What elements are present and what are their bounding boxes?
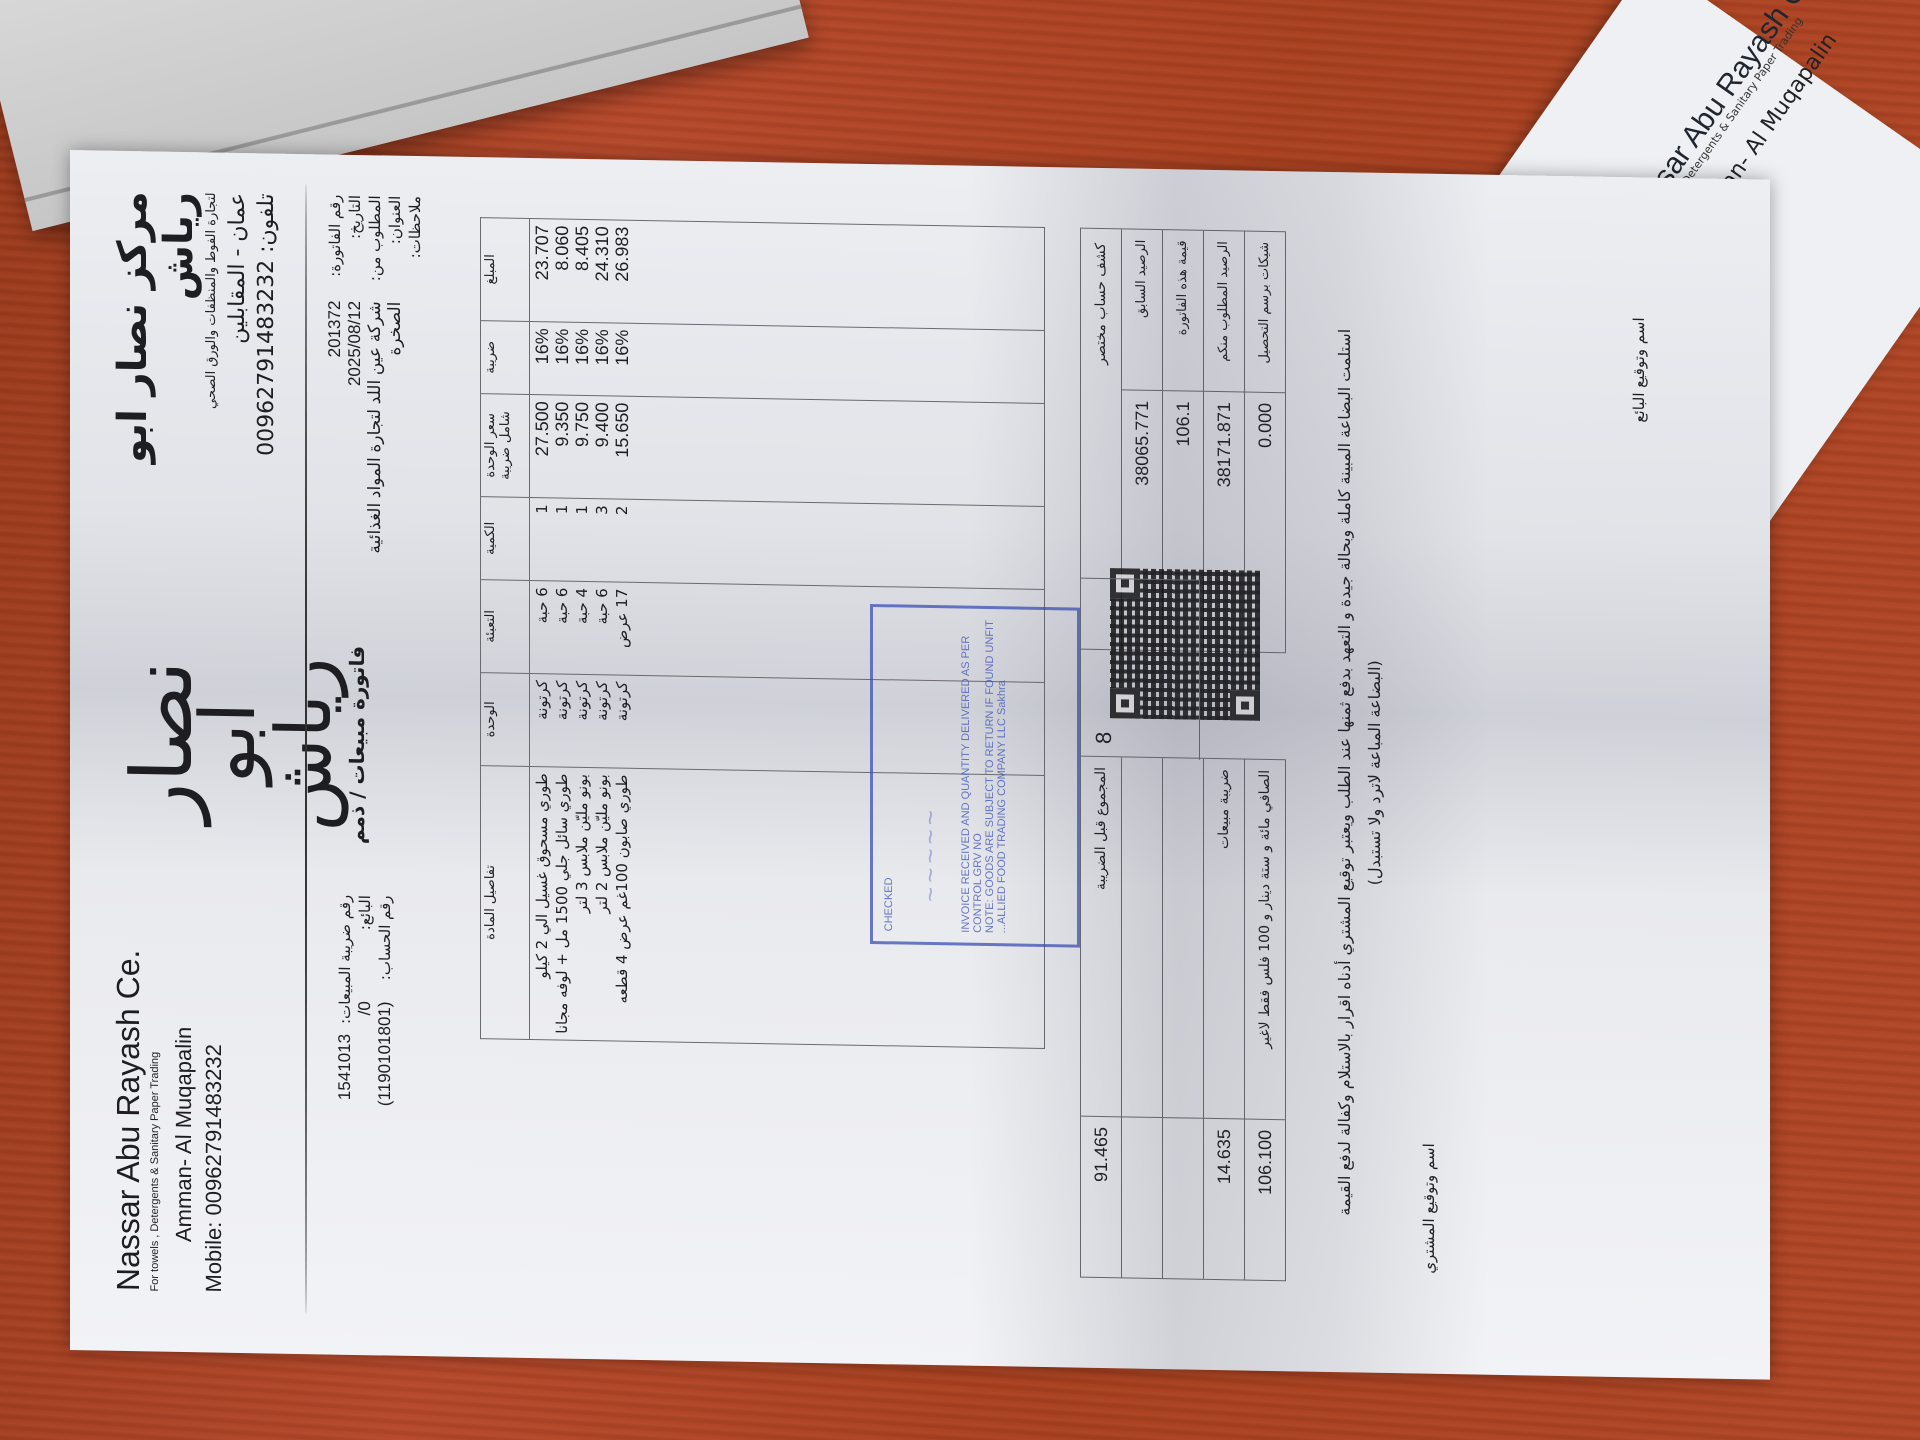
- tax-cells: 16%16%16%16%16%: [530, 322, 1045, 404]
- item-unit_price: 15.650: [612, 402, 632, 492]
- field-label: رقم ضريبة المبيعات:: [335, 895, 355, 1024]
- blank-row: [1163, 758, 1204, 1279]
- item-qty: 2: [612, 505, 632, 575]
- mobile-number: 00962791483232: [201, 1044, 226, 1216]
- amount-in-words: مائة و ستة دينار و 100 فلس فقط لاغير: [1257, 817, 1273, 1049]
- stamp-line-3: NOTE: GOODS ARE SUBJECT TO RETURN IF FOU…: [984, 619, 996, 933]
- item-details: طوري صابون 100غم عرض 4 قطعه: [612, 774, 632, 1035]
- phone-label: تلفون:: [254, 193, 279, 253]
- item-unit_price: 9.750: [572, 402, 592, 492]
- company-logo-calligraphy: نصار ابو رياش: [120, 611, 270, 874]
- seller-signature-label: اسم وتوقيع البائع: [1630, 317, 1648, 422]
- company-name-ar: مركز نصار ابو رياش: [110, 191, 202, 573]
- invoice-field: ملاحظات:: [405, 196, 425, 656]
- company-city-ar: عمان - المقابلين: [225, 193, 250, 573]
- stamp-line-4: ...ALLIED FOOD TRADING COMPANY LLC Sakhr…: [996, 619, 1008, 933]
- item-unit: كرتونة: [592, 681, 612, 761]
- sales-tax-value: 14.635: [1204, 1119, 1244, 1280]
- field-label: رقم الحساب:: [375, 895, 395, 991]
- stamp-signature: ~~~~~: [915, 618, 946, 903]
- field-label: المطلوب من:: [365, 195, 385, 291]
- item-amount: 23.707: [532, 225, 552, 315]
- item-unit: كرتونة: [532, 680, 552, 760]
- invoice-sheet: مركز نصار ابو رياش لتجارة الفوط والمنظفا…: [70, 150, 1770, 1380]
- field-value: 0/: [355, 1001, 375, 1016]
- logo-line-2: ابو رياش: [190, 612, 342, 875]
- phone-number: 00962791483232: [254, 260, 279, 456]
- field-value: (1190101801): [375, 1001, 395, 1106]
- field-value: 1541013: [335, 1034, 355, 1101]
- item-tax: 16%: [552, 328, 572, 388]
- company-mobile-en: Mobile: 00962791483232: [201, 872, 227, 1292]
- item-details: طوري سائل جلي 1500 مل + لوفه مجانا: [552, 773, 572, 1034]
- item-unit: كرتونة: [552, 680, 572, 760]
- invoice-field: التاريخ:2025/08/12: [345, 195, 365, 655]
- field-value: 2025/08/12: [345, 301, 365, 386]
- item-unit_price: 9.350: [552, 401, 572, 491]
- item-amount: 8.060: [552, 225, 572, 315]
- item-packing: 6 حبة: [592, 588, 612, 668]
- company-tagline-ar: لتجارة الفوط والمنظفات والورق الصحي: [204, 192, 219, 572]
- stamp-line-1: INVOICE RECEIVED AND QUANTITY DELIVERED …: [960, 619, 972, 933]
- invoice-fields-left: رقم ضريبة المبيعات:1541013البائع:0/رقم ا…: [335, 895, 395, 1296]
- invoice-field: العنوان:الصخرة: [385, 195, 405, 655]
- item-tax: 16%: [592, 329, 612, 389]
- subtotal-row: المجموع قبل الضريبة 91.465: [1081, 757, 1122, 1278]
- sales-tax-row: ضريبة مبيعات 14.635: [1204, 759, 1245, 1280]
- unit-price-cells: 27.5009.3509.7509.40015.650: [530, 395, 1045, 507]
- item-amount: 8.405: [572, 226, 592, 316]
- col-packing: التعبئة: [481, 580, 530, 674]
- item-packing: 4 حبة: [572, 588, 592, 668]
- invoice-field: رقم الفاتورة:201372: [325, 194, 345, 654]
- invoice-meta: رقم الفاتورة:201372التاريخ:2025/08/12الم…: [325, 194, 465, 1296]
- field-label: ملاحظات:: [405, 196, 425, 292]
- invoice-header: مركز نصار ابو رياش لتجارة الفوط والمنظفا…: [110, 191, 310, 1294]
- summary-label: قيمة هذه الفاتورة: [1163, 230, 1203, 392]
- net-label: الصافي مائة و ستة دينار و 100 فلس فقط لا…: [1245, 760, 1285, 1121]
- invoice-field: البائع:0/: [355, 895, 375, 1295]
- item-unit: كرتونة: [612, 681, 632, 761]
- col-tax: ضريبة: [481, 321, 530, 395]
- total-quantity: 8: [1080, 578, 1200, 760]
- subtotal-label: المجموع قبل الضريبة: [1081, 757, 1121, 1118]
- receipt-declaration: استلمت البضاعة المبينة كاملة وبحالة جيدة…: [1330, 232, 1360, 1313]
- company-name-en: Nassar Abu Rayash Ce.: [110, 871, 147, 1292]
- field-value: 201372: [325, 300, 345, 357]
- item-qty: 3: [592, 505, 612, 575]
- invoice-footer: استلمت البضاعة المبينة كاملة وبحالة جيدة…: [1330, 232, 1390, 1313]
- header-divider: [305, 184, 307, 1314]
- item-amount: 24.310: [592, 226, 612, 316]
- item-unit_price: 9.400: [592, 402, 612, 492]
- item-details: بونو مليّن ملابس 2 لتر: [592, 774, 612, 1035]
- invoice-field: المطلوب من:شركة عين اللد لتجارة المواد ا…: [365, 195, 385, 655]
- item-unit: كرتونة: [572, 681, 592, 761]
- sales-tax-label: ضريبة مبيعات: [1204, 759, 1244, 1120]
- stamp-checked: CHECKED: [883, 617, 895, 931]
- item-details: طوري مسحوق غسيل الي 2 كيلو: [532, 773, 552, 1034]
- invoice-fields-right: رقم الفاتورة:201372التاريخ:2025/08/12الم…: [325, 194, 425, 656]
- item-qty: 1: [572, 505, 592, 575]
- col-amount: المبلغ: [481, 218, 530, 322]
- col-qty: الكمية: [481, 497, 530, 581]
- item-qty: 1: [552, 504, 572, 574]
- col-unit-price: سعر الوحدة شامل ضريبة: [481, 394, 530, 498]
- item-qty: 1: [532, 504, 552, 574]
- field-label: العنوان:: [385, 195, 405, 291]
- company-block-english: Nassar Abu Rayash Ce. For towels , Deter…: [110, 871, 227, 1293]
- summary-label: الرصيد المطلوب منكم: [1204, 231, 1244, 393]
- field-value: شركة عين اللد لتجارة المواد الغذائية: [365, 301, 385, 554]
- received-stamp: CHECKED ~~~~~ INVOICE RECEIVED AND QUANT…: [870, 604, 1080, 948]
- item-packing: 17 عرض: [612, 588, 632, 668]
- subtotal-value: 91.465: [1081, 1117, 1121, 1278]
- company-block-arabic: مركز نصار ابو رياش لتجارة الفوط والمنظفا…: [110, 191, 279, 574]
- invoice-field: رقم الحساب:(1190101801): [375, 895, 395, 1295]
- blank-row: [1122, 757, 1163, 1278]
- field-value: الصخرة: [385, 301, 405, 355]
- item-unit_price: 27.500: [532, 401, 552, 491]
- amount-cells: 23.7078.0608.40524.31026.983: [530, 219, 1045, 331]
- company-phone-ar: تلفون: 00962791483232: [254, 193, 279, 573]
- invoice-field: رقم ضريبة المبيعات:1541013: [335, 895, 355, 1295]
- qty-cells: 11132: [530, 498, 1045, 590]
- totals-section: CHECKED ~~~~~ INVOICE RECEIVED AND QUANT…: [1080, 228, 1310, 1282]
- field-label: البائع:: [355, 895, 375, 991]
- company-tagline-en: For towels , Detergents & Sanitary Paper…: [149, 871, 161, 1291]
- no-return-notice: (البضاعة المباعة لاترد ولا تستبدل): [1360, 233, 1390, 1314]
- company-city-en: Amman- Al Muqapalin: [171, 872, 197, 1292]
- col-unit: الوحدة: [481, 673, 530, 767]
- summary-label: شيكات برسم التحصيل: [1245, 232, 1285, 394]
- invoice-title: فاتورة مبيعات / ذمم: [345, 646, 369, 845]
- stamp-line-2: CONTROL GRV NO: [972, 619, 984, 933]
- item-tax: 16%: [532, 328, 552, 388]
- item-details: بونو مليّن ملابس 3 لتر: [572, 774, 592, 1035]
- mobile-label: Mobile:: [201, 1221, 226, 1292]
- item-tax: 16%: [572, 329, 592, 389]
- grand-totals: المجموع قبل الضريبة 91.465 ضريبة مبيعات …: [1080, 756, 1286, 1282]
- net-value: 106.100: [1245, 1120, 1285, 1281]
- item-amount: 26.983: [612, 226, 632, 316]
- item-tax: 16%: [612, 329, 632, 389]
- item-packing: 6 حبة: [532, 587, 552, 667]
- field-label: رقم الفاتورة:: [325, 194, 345, 290]
- field-label: التاريخ:: [345, 195, 365, 291]
- summary-label: الرصيد السابق: [1122, 229, 1162, 391]
- buyer-signature-label: اسم وتوقيع المشتري: [1420, 1143, 1438, 1274]
- item-packing: 6 حبة: [552, 587, 572, 667]
- col-details: تفاصيل المادة: [481, 766, 530, 1040]
- net-row: الصافي مائة و ستة دينار و 100 فلس فقط لا…: [1245, 760, 1285, 1281]
